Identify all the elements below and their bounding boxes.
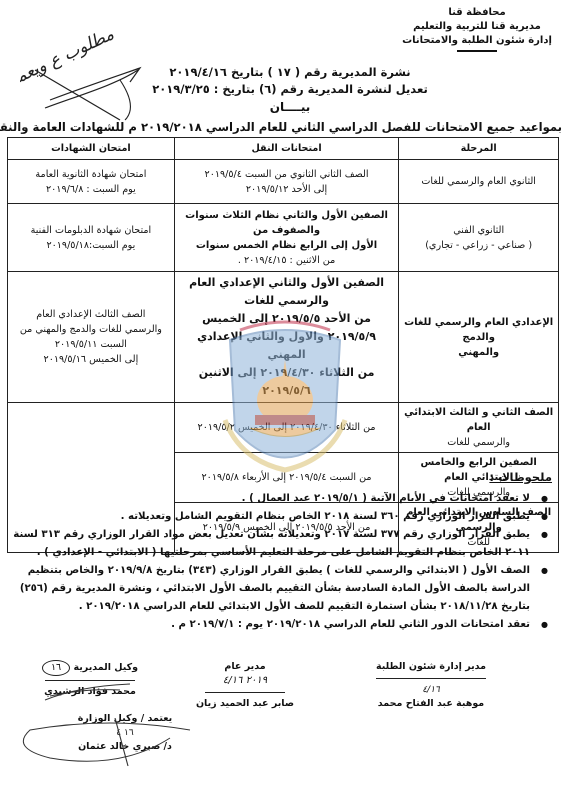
signature-general-director: مدير عام ٢٠١٩ ٤/١٦ صابر عبد الحميد زيان [190, 660, 300, 711]
certificate-cell: الصف الثالث الإعدادي العام والرسمي للغات… [8, 272, 175, 403]
amendment-reference: تعديل لنشرة المديرية رقم (٦) بتاريخ : ٢٠… [150, 81, 430, 97]
signature-student-affairs-director: مدير إدارة شئون الطلبة ٤/١٦ موهبة عبد ال… [366, 660, 496, 711]
governorate-name: محافظة قنا [402, 6, 552, 20]
handwritten-note: مطلوب ع ويعمم [20, 24, 117, 91]
certificate-cell: امتحان شهادة الثانوية العامة يوم السبت :… [8, 160, 175, 204]
signatory-title: مدير إدارة شئون الطلبة [366, 660, 496, 674]
issuing-authority: محافظة قنا مديرية قنا للتربية والتعليم إ… [402, 6, 552, 52]
signature-ministry-undersecretary: يعتمد / وكيل الوزارة ١٦ ٤ د/ صبري خالد ع… [60, 712, 190, 754]
stage-cell: الصف الثاني و الثالث الابتدائي العام وال… [399, 403, 559, 453]
document-title: بمواعيد جميع الامتحانات للفصل الدراسي ال… [4, 119, 562, 135]
note-item: تعقد امتحانات الدور الثاني للعام الدراسي… [8, 616, 552, 634]
table-row: الصف الثاني و الثالث الابتدائي العام وال… [8, 403, 559, 453]
notes-heading: ملحوظات : [489, 470, 552, 484]
signatory-name: موهبة عبد الفتاح محمد [366, 697, 496, 711]
table-header-row: المرحلة امتحانات النقل امتحان الشهادات [8, 138, 559, 160]
signature-deputy-directorate: وكيل المديرية ١٦ محمد فؤاد الرشيدي [40, 660, 140, 699]
header-certificate-exams: امتحان الشهادات [8, 138, 175, 160]
stage-cell: الإعدادي العام والرسمي للغات والدمج والم… [399, 272, 559, 403]
signatory-title: مدير عام [190, 660, 300, 674]
stage-cell: الثانوي الفني ( صناعي - زراعي - تجاري) [399, 204, 559, 272]
statement-heading: بيــــان [150, 99, 430, 115]
transfer-cell: من الثلاثاء ٢٠١٩/٤/٣٠ إلى الخميس ٢٠١٩/٥/… [174, 403, 399, 453]
signature-line [205, 692, 285, 693]
directorate-name: مديرية قنا للتربية والتعليم [402, 20, 552, 34]
signatory-title: يعتمد / وكيل الوزارة [60, 712, 190, 726]
table-row: الثانوي الفني ( صناعي - زراعي - تجاري) ا… [8, 204, 559, 272]
signatory-name: محمد فؤاد الرشيدي [40, 685, 140, 699]
transfer-cell: الصف الثاني الثانوي من السبت ٢٠١٩/٥/٤ إل… [174, 160, 399, 204]
handwritten-date: ٤/١٦ [366, 683, 496, 697]
handwritten-date: ٢٠١٩ ٤/١٦ [190, 674, 300, 688]
certificate-cell: امتحان شهادة الدبلومات الفنية يوم السبت:… [8, 204, 175, 272]
signatory-name: د/ صبري خالد عثمان [60, 740, 190, 754]
signature-line [376, 678, 486, 679]
signatory-title: وكيل المديرية [73, 662, 138, 673]
table-row: الثانوي العام والرسمي للغات الصف الثاني … [8, 160, 559, 204]
header-divider [457, 50, 497, 52]
notes-list: لا تعقد امتحانات في الأيام الآتية ( ٢٠١٩… [8, 490, 552, 634]
note-item: يطبق القرار الوزاري رقم ٣٧٧ لسنة ٢٠١٧ وت… [8, 526, 552, 562]
header-transfer-exams: امتحانات النقل [174, 138, 399, 160]
handwritten-date: ١٦ [42, 660, 70, 676]
handwritten-date: ١٦ ٤ [60, 726, 190, 740]
header-stage: المرحلة [399, 138, 559, 160]
department-name: إدارة شئون الطلبة والامتحانات [402, 34, 552, 48]
signatory-name: صابر عبد الحميد زيان [190, 697, 300, 711]
note-item: لا تعقد امتحانات في الأيام الآتية ( ٢٠١٩… [8, 490, 552, 508]
transfer-cell: الصفين الأول والثاني الإعدادي العام والر… [174, 272, 399, 403]
note-item: يطبق القرار الوزاري رقم ٣٦٠ لسنة ٢٠١٨ ال… [8, 508, 552, 526]
note-item: الصف الأول ( الابتدائي والرسمي للغات ) ي… [8, 562, 552, 616]
transfer-cell: الصفين الأول والثاني نظام الثلاث سنوات و… [174, 204, 399, 272]
stage-cell: الثانوي العام والرسمي للغات [399, 160, 559, 204]
signature-line [45, 680, 135, 681]
bulletin-number: نشرة المديرية رقم ( ١٧ ) بتاريخ ٢٠١٩/٤/١… [150, 64, 430, 80]
table-row: الإعدادي العام والرسمي للغات والدمج والم… [8, 272, 559, 403]
